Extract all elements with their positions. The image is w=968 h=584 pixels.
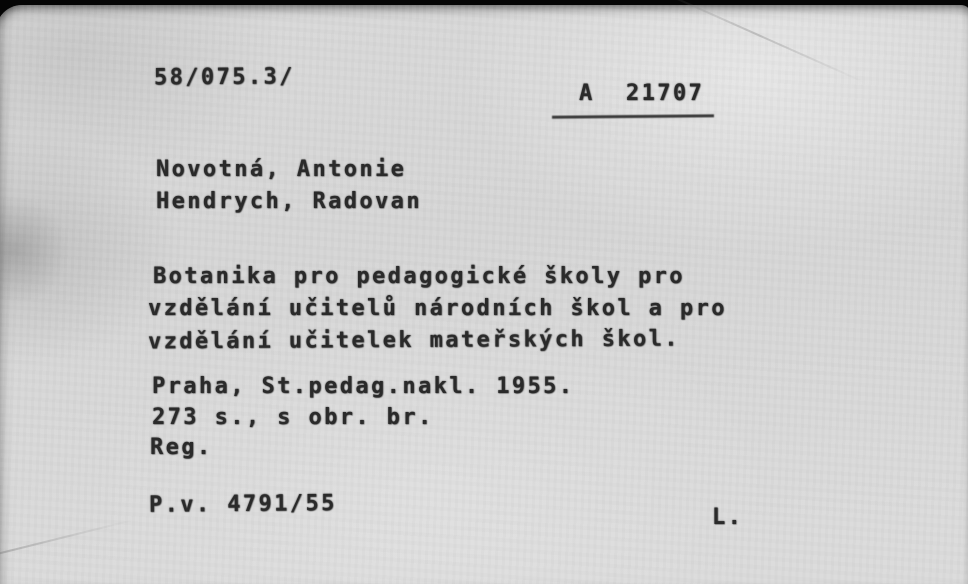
paper-grain-texture: [0, 5, 968, 584]
call-number: 58/075.3/: [154, 65, 295, 92]
author-line-2: Hendrych, Radovan: [156, 189, 422, 215]
record-number: P.v. 4791/55: [149, 491, 337, 519]
accession-number: A 21707: [579, 81, 704, 107]
imprint-line: Praha, St.pedag.nakl. 1955.: [152, 374, 574, 400]
paper-crease-bottom-left: [0, 519, 134, 557]
note-line: Reg.: [150, 435, 213, 461]
title-line-1: Botanika pro pedagogické školy pro: [153, 264, 685, 290]
author-line-1: Novotná, Antonie: [156, 157, 406, 183]
accession-number-underline: [552, 114, 714, 118]
cataloguer-initial: L.: [712, 505, 743, 531]
scanned-catalog-card-page: 58/075.3/ A 21707 Novotná, Antonie Hendr…: [0, 0, 968, 584]
paper-crease-top-right: [646, 0, 866, 84]
collation-line: 273 s., s obr. br.: [152, 405, 434, 431]
paper-smudge-left: [0, 195, 70, 305]
title-line-3: vzdělání učitelek mateřských škol.: [148, 327, 680, 356]
title-line-2: vzdělání učitelů národních škol a pro: [148, 296, 727, 322]
catalog-card: 58/075.3/ A 21707 Novotná, Antonie Hendr…: [0, 5, 968, 584]
